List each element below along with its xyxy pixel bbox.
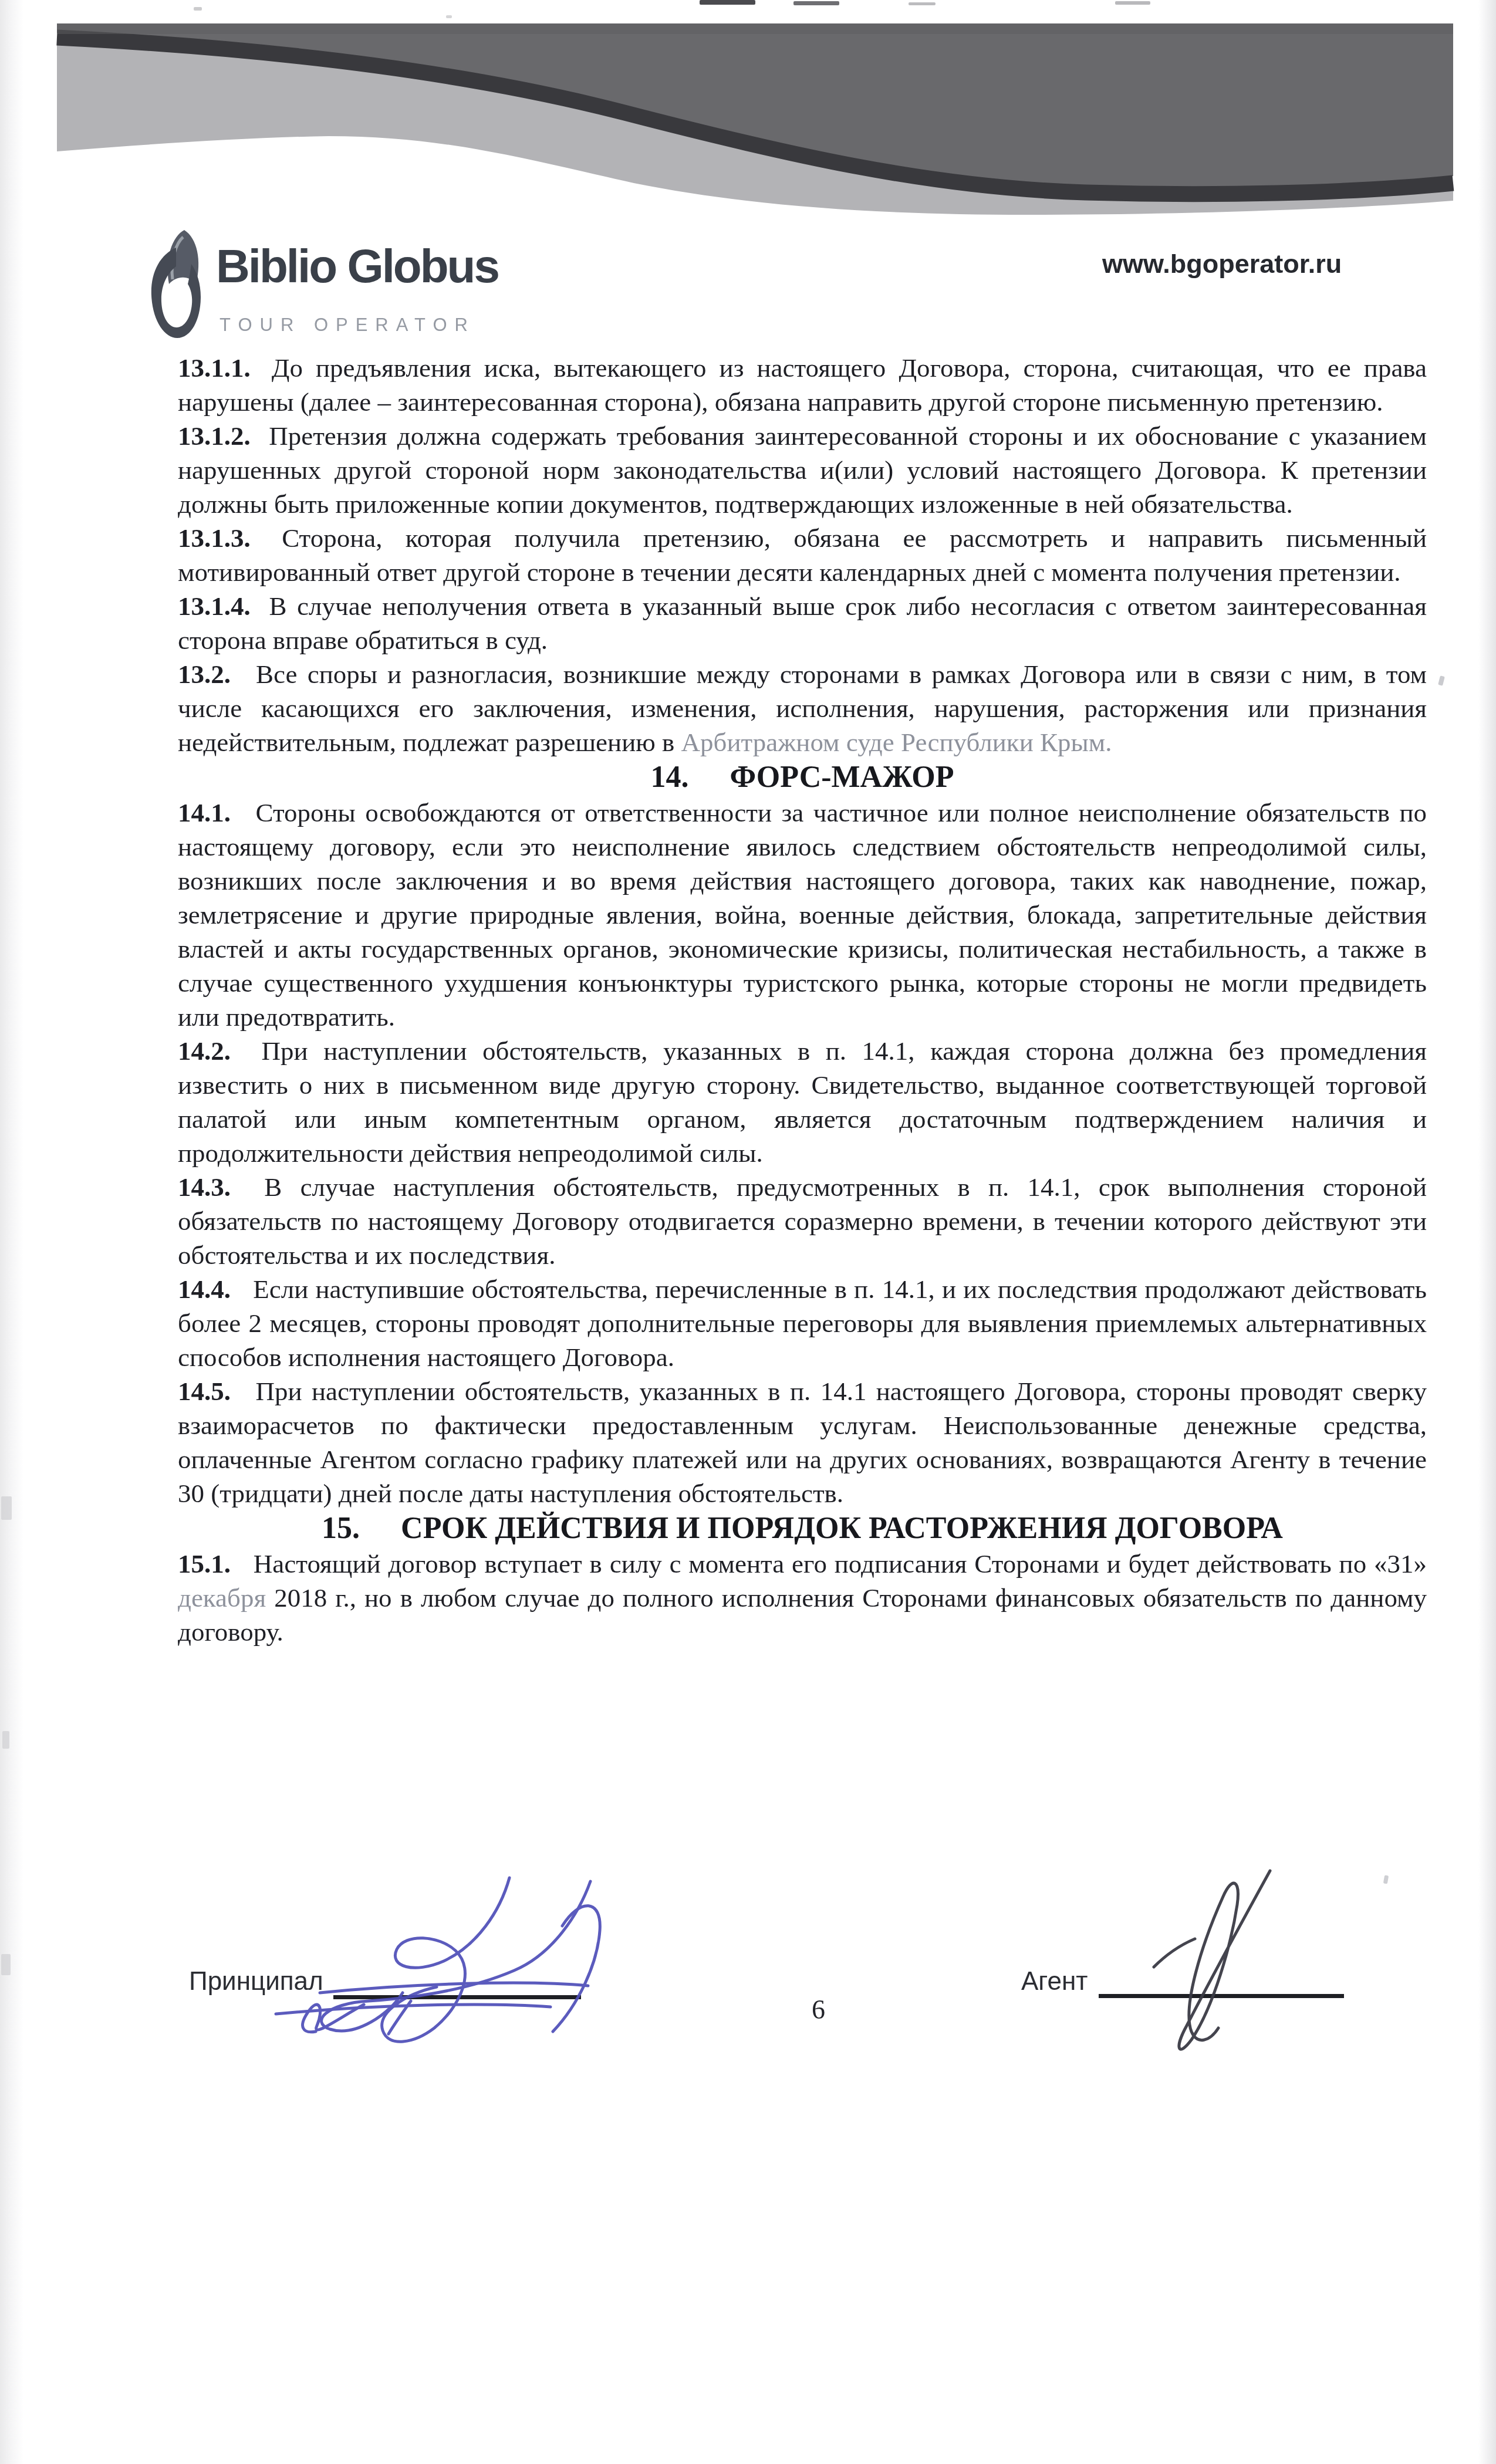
clause-text: В случае наступления обстоятельств, пред…	[178, 1172, 1427, 1270]
scan-speck	[909, 2, 936, 5]
agent-label: Агент	[1021, 1967, 1088, 1996]
clause-text: При наступлении обстоятельств, указанных…	[178, 1377, 1427, 1508]
clause-14-4: 14.4. Если наступившие обстоятельства, п…	[178, 1272, 1427, 1374]
clause-text: В случае неполучения ответа в указанный …	[178, 592, 1427, 655]
principal-signature	[276, 1878, 600, 2041]
scan-speck	[793, 1, 839, 5]
contract-body: 13.1.1. До предъявления иска, вытекающег…	[178, 351, 1427, 1649]
clause-text: При наступлении обстоятельств, указанных…	[178, 1036, 1427, 1168]
scan-speck	[1383, 1875, 1389, 1884]
section-number: 14.	[651, 761, 689, 794]
clause-text: Если наступившие обстоятельства, перечис…	[178, 1275, 1427, 1372]
clause-13-1-1: 13.1.1. До предъявления иска, вытекающег…	[178, 351, 1427, 419]
clause-number: 13.1.4.	[178, 592, 251, 621]
scan-speck	[194, 7, 202, 11]
clause-13-2: 13.2. Все споры и разногласия, возникшие…	[178, 657, 1427, 759]
clause-14-1: 14.1. Стороны освобождаются от ответстве…	[178, 796, 1427, 1034]
scan-speck	[2, 1731, 9, 1749]
brand-name: Biblio Globus	[216, 239, 498, 293]
clause-14-3: 14.3. В случае наступления обстоятельств…	[178, 1170, 1427, 1272]
clause-14-5: 14.5. При наступлении обстоятельств, ука…	[178, 1374, 1427, 1510]
clause-text-gray-month: декабря	[178, 1583, 266, 1613]
section-title: ФОРС-МАЖОР	[730, 761, 954, 794]
biblio-globus-logo-icon	[147, 228, 205, 340]
section-title: СРОК ДЕЙСТВИЯ И ПОРЯДОК РАСТОРЖЕНИЯ ДОГО…	[401, 1512, 1283, 1545]
clause-number: 14.5.	[178, 1377, 231, 1406]
clause-number: 14.2.	[178, 1036, 231, 1066]
section-14-heading: 14.ФОРС-МАЖОР	[178, 759, 1427, 796]
clause-number: 14.1.	[178, 798, 231, 827]
agent-signature-line	[1099, 1994, 1344, 1998]
website-url: www.bgoperator.ru	[1102, 249, 1342, 279]
clause-13-1-4: 13.1.4. В случае неполучения ответа в ук…	[178, 589, 1427, 657]
clause-text-gray-court: Арбитражном суде Республики Крым.	[681, 728, 1112, 757]
scan-speck	[1115, 1, 1150, 5]
principal-signature-line	[333, 1995, 581, 1999]
clause-number: 13.1.3.	[178, 523, 251, 553]
clause-text: Настоящий договор вступает в силу с моме…	[246, 1549, 1427, 1579]
clause-text: 2018 г., но в любом случае до полного ис…	[178, 1583, 1427, 1647]
clause-13-1-3: 13.1.3. Сторона, которая получила претен…	[178, 521, 1427, 589]
section-number: 15.	[322, 1512, 360, 1545]
clause-text: Сторона, которая получила претензию, обя…	[178, 523, 1427, 587]
clause-number: 14.3.	[178, 1172, 231, 1202]
page-number: 6	[812, 1994, 825, 2025]
scan-speck	[1438, 675, 1445, 685]
clause-number: 13.1.1.	[178, 353, 251, 383]
brand-tagline: TOUR OPERATOR	[219, 315, 475, 336]
scan-speck	[1, 1496, 12, 1520]
clause-text: До предъявления иска, вытекающего из нас…	[178, 353, 1427, 417]
scan-speck	[446, 15, 452, 18]
scan-right-edge-shadow	[1478, 0, 1496, 2464]
clause-15-1: 15.1. Настоящий договор вступает в силу …	[178, 1547, 1427, 1649]
section-15-heading: 15.СРОК ДЕЙСТВИЯ И ПОРЯДОК РАСТОРЖЕНИЯ Д…	[178, 1510, 1427, 1547]
clause-number: 15.1.	[178, 1549, 231, 1579]
scan-left-edge-shadow	[0, 0, 23, 2464]
scan-speck	[700, 0, 755, 5]
scanned-contract-page: Biblio Globus TOUR OPERATOR www.bgoperat…	[0, 0, 1496, 2464]
agent-signature	[1154, 1871, 1270, 2049]
scan-speck	[1, 1954, 11, 1975]
clause-text: Стороны освобождаются от ответственности…	[178, 798, 1427, 1032]
header-wave-graphic	[0, 0, 1496, 218]
clause-text: Претензия должна содержать требования за…	[178, 421, 1427, 519]
clause-13-1-2: 13.1.2. Претензия должна содержать требо…	[178, 419, 1427, 521]
clause-14-2: 14.2. При наступлении обстоятельств, ука…	[178, 1034, 1427, 1170]
clause-number: 13.1.2.	[178, 421, 251, 451]
clause-number: 14.4.	[178, 1275, 231, 1304]
clause-number: 13.2.	[178, 660, 231, 689]
principal-label: Принципал	[189, 1967, 323, 1996]
